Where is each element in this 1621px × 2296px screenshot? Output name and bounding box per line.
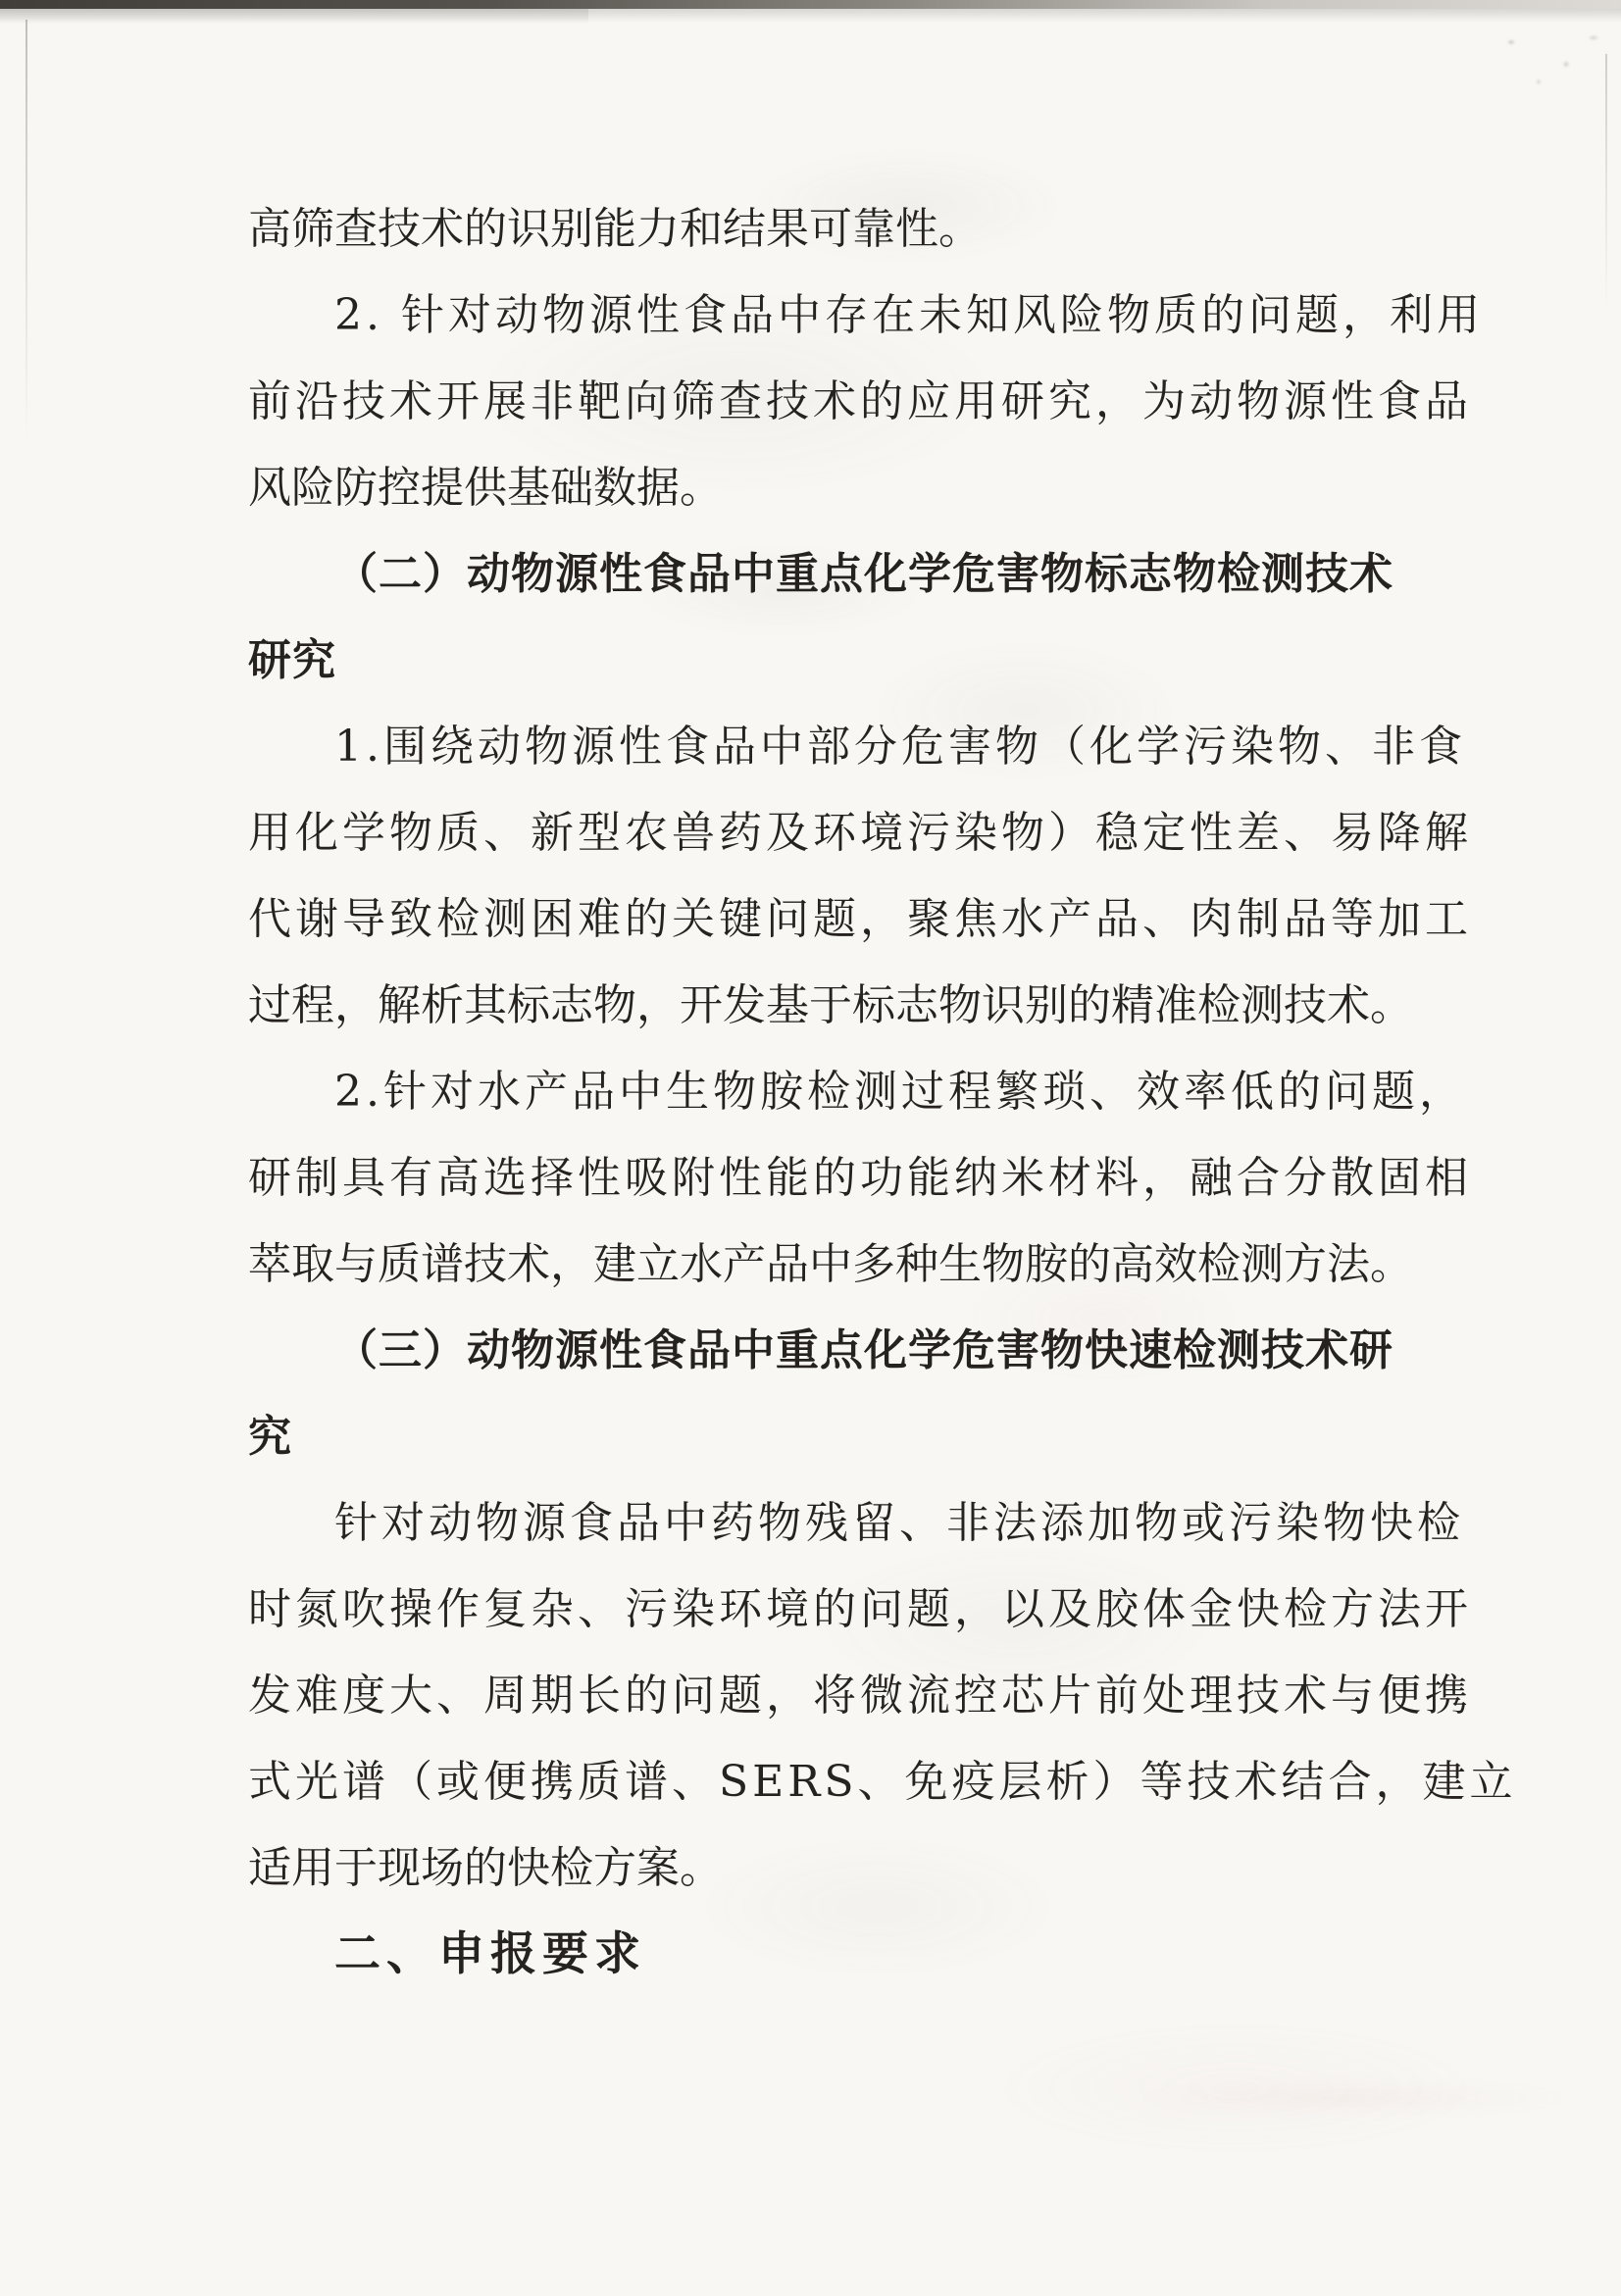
text-line: 针对动物源食品中药物残留、非法添加物或污染物快检 [248,1480,1494,1567]
bleed-through-artifact [1128,2078,1579,2118]
section-heading: 究 [248,1394,1494,1480]
text-line: 前沿技术开展非靶向筛查技术的应用研究，为动物源性食品 [248,359,1494,445]
text-line: 萃取与质谱技术，建立水产品中多种生物胺的高效检测方法。 [248,1222,1494,1308]
text-line: 式光谱（或便携质谱、SERS、免疫层析）等技术结合，建立 [248,1739,1494,1825]
text-line: 高筛查技术的识别能力和结果可靠性。 [248,186,1494,273]
document-text-column: 高筛查技术的识别能力和结果可靠性。2. 针对动物源性食品中存在未知风险物质的问题… [248,186,1494,1998]
text-line: 研制具有高选择性吸附性能的功能纳米材料，融合分散固相 [248,1135,1494,1222]
scan-speckle-patch [1484,16,1621,104]
paper-corner-shade [0,9,588,25]
text-line: 2.针对水产品中生物胺检测过程繁琐、效率低的问题， [248,1049,1494,1135]
text-line: 过程，解析其标志物，开发基于标志物识别的精准检测技术。 [248,963,1494,1049]
text-line: 发难度大、周期长的问题，将微流控芯片前处理技术与便携 [248,1653,1494,1739]
text-line: 代谢导致检测困难的关键问题，聚焦水产品、肉制品等加工 [248,876,1494,963]
scan-edge-top [0,0,1621,9]
chapter-heading: 二、申报要求 [248,1912,1494,1998]
section-heading: （二）动物源性食品中重点化学危害物标志物检测技术 [248,531,1494,618]
section-heading: 研究 [248,618,1494,704]
text-line: 时氮吹操作复杂、污染环境的问题，以及胶体金快检方法开 [248,1567,1494,1653]
bleed-through-artifact [981,2020,1491,2157]
paper-left-edge [25,20,27,441]
text-line: 风险防控提供基础数据。 [248,445,1494,531]
text-line: 1.围绕动物源性食品中部分危害物（化学污染物、非食 [248,704,1494,790]
text-line: 用化学物质、新型农兽药及环境污染物）稳定性差、易降解 [248,790,1494,876]
scanned-document-page: 高筛查技术的识别能力和结果可靠性。2. 针对动物源性食品中存在未知风险物质的问题… [0,0,1621,2296]
text-line: 2. 针对动物源性食品中存在未知风险物质的问题，利用 [248,273,1494,359]
text-line: 适用于现场的快检方案。 [248,1825,1494,1912]
section-heading: （三）动物源性食品中重点化学危害物快速检测技术研 [248,1308,1494,1394]
